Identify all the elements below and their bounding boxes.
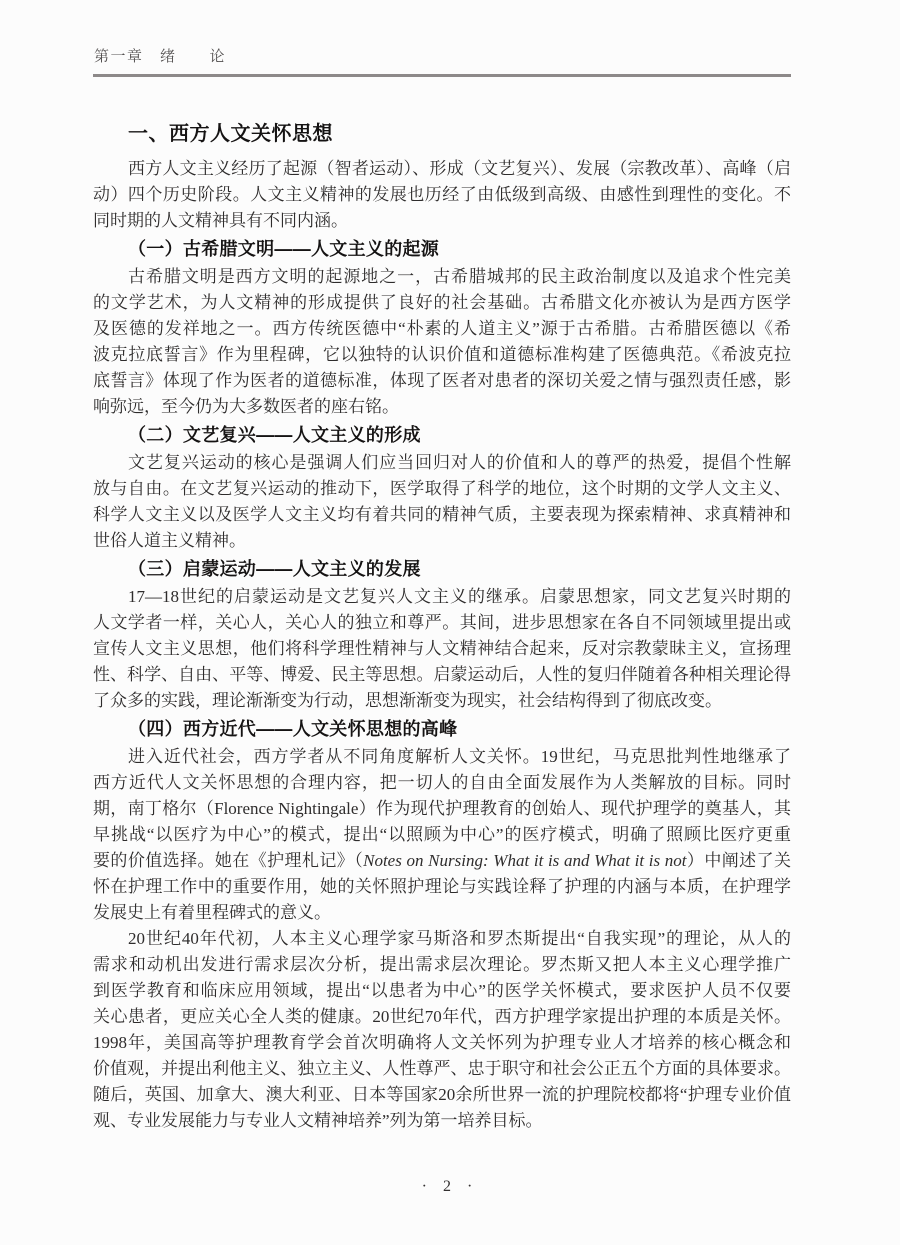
header-rule: [93, 74, 791, 77]
page-title: 一、西方人文关怀思想: [93, 119, 791, 149]
paragraph-line: 发展史上有着里程碑式的意义。: [93, 900, 791, 926]
paragraph-line: 的文学艺术，为人文精神的形成提供了良好的社会基础。古希腊文化亦被认为是西方医学: [93, 290, 791, 316]
paragraph-line: 了众多的实践，理论渐渐变为行动，思想渐渐变为现实，社会结构得到了彻底改变。: [93, 688, 791, 714]
page-number: · 2 ·: [422, 1178, 479, 1195]
paragraph-line: 进入近代社会，西方学者从不同角度解析人文关怀。19世纪，马克思批判性地继承了: [93, 744, 791, 770]
paragraph: 文艺复兴运动的核心是强调人们应当回归对人的价值和人的尊严的热爱，提倡个性解放与自…: [93, 450, 791, 554]
paragraph: 西方人文主义经历了起源（智者运动）、形成（文艺复兴）、发展（宗教改革）、高峰（启…: [93, 156, 791, 234]
book-page: 第一章 绪 论 一、西方人文关怀思想 西方人文主义经历了起源（智者运动）、形成（…: [0, 0, 900, 1245]
paragraph-line: 17—18世纪的启蒙运动是文艺复兴人文主义的继承。启蒙思想家，同文艺复兴时期的: [93, 584, 791, 610]
paragraph-line: 底誓言》体现了作为医者的道德标准，体现了医者对患者的深切关爱之情与强烈责任感，影: [93, 368, 791, 394]
paragraph-line: 早挑战“以医疗为中心”的模式，提出“以照顾为中心”的医疗模式，明确了照顾比医疗更…: [93, 822, 791, 848]
content-area: 一、西方人文关怀思想 西方人文主义经历了起源（智者运动）、形成（文艺复兴）、发展…: [93, 119, 791, 1134]
paragraph: 20世纪40年代初，人本主义心理学家马斯洛和罗杰斯提出“自我实现”的理论，从人的…: [93, 926, 791, 1134]
paragraph-line: 世俗人道主义精神。: [93, 528, 791, 554]
paragraph-line: 要的价值选择。她在《护理札记》（Notes on Nursing: What i…: [93, 848, 791, 874]
section-heading: （二）文艺复兴——人文主义的形成: [93, 420, 791, 450]
paragraph-line: 同时期的人文精神具有不同内涵。: [93, 208, 791, 234]
paragraph-line: 古希腊文明是西方文明的起源地之一，古希腊城邦的民主政治制度以及追求个性完美: [93, 264, 791, 290]
paragraph: 进入近代社会，西方学者从不同角度解析人文关怀。19世纪，马克思批判性地继承了西方…: [93, 744, 791, 926]
section-heading: （三）启蒙运动——人文主义的发展: [93, 554, 791, 584]
content-blocks: 西方人文主义经历了起源（智者运动）、形成（文艺复兴）、发展（宗教改革）、高峰（启…: [93, 156, 791, 1134]
paragraph-line: 随后，英国、加拿大、澳大利亚、日本等国家20余所世界一流的护理院校都将“护理专业…: [93, 1082, 791, 1108]
paragraph: 17—18世纪的启蒙运动是文艺复兴人文主义的继承。启蒙思想家，同文艺复兴时期的人…: [93, 584, 791, 714]
paragraph-line: 怀在护理工作中的重要作用，她的关怀照护理论与实践诠释了护理的内涵与本质，在护理学: [93, 874, 791, 900]
book-title-english: Notes on Nursing: What it is and What it…: [363, 851, 686, 870]
paragraph-line: 20世纪40年代初，人本主义心理学家马斯洛和罗杰斯提出“自我实现”的理论，从人的: [93, 926, 791, 952]
paragraph: 古希腊文明是西方文明的起源地之一，古希腊城邦的民主政治制度以及追求个性完美的文学…: [93, 264, 791, 420]
paragraph-line: 性、科学、自由、平等、博爱、民主等思想。启蒙运动后，人性的复归伴随着各种相关理论…: [93, 662, 791, 688]
paragraph-line: 科学人文主义以及医学人文主义均有着共同的精神气质，主要表现为探索精神、求真精神和: [93, 502, 791, 528]
paragraph-line: 宣传人文主义思想，他们将科学理性精神与人文精神结合起来，反对宗教蒙昧主义，宣扬理: [93, 636, 791, 662]
paragraph-line: 文艺复兴运动的核心是强调人们应当回归对人的价值和人的尊严的热爱，提倡个性解: [93, 450, 791, 476]
paragraph-line: 响弥远，至今仍为大多数医者的座右铭。: [93, 394, 791, 420]
paragraph-line: 动）四个历史阶段。人文主义精神的发展也历经了由低级到高级、由感性到理性的变化。不: [93, 182, 791, 208]
section-heading: （一）古希腊文明——人文主义的起源: [93, 234, 791, 264]
paragraph-line: 西方人文主义经历了起源（智者运动）、形成（文艺复兴）、发展（宗教改革）、高峰（启…: [93, 156, 791, 182]
paragraph-line: 1998年，美国高等护理教育学会首次明确将人文关怀列为护理专业人才培养的核心概念…: [93, 1030, 791, 1056]
paragraph-line: 人文学者一样，关心人，关心人的独立和尊严。其间，进步思想家在各自不同领域里提出或: [93, 610, 791, 636]
paragraph-line: 关心患者，更应关心全人类的健康。20世纪70年代，西方护理学家提出护理的本质是关…: [93, 1004, 791, 1030]
paragraph-line: 波克拉底誓言》作为里程碑，它以独特的认识价值和道德标准构建了医德典范。《希波克拉: [93, 342, 791, 368]
paragraph-line: 价值观，并提出利他主义、独立主义、人性尊严、忠于职守和社会公正五个方面的具体要求…: [93, 1056, 791, 1082]
paragraph-line: 到医学教育和临床应用领域，提出“以患者为中心”的医学关怀模式，要求医护人员不仅要: [93, 978, 791, 1004]
page-footer: · 2 ·: [0, 1178, 900, 1196]
running-header: 第一章 绪 论: [94, 45, 226, 66]
section-heading: （四）西方近代——人文关怀思想的高峰: [93, 714, 791, 744]
paragraph-line: 期，南丁格尔（Florence Nightingale）作为现代护理教育的创始人…: [93, 796, 791, 822]
paragraph-line: 观、专业发展能力与专业人文精神培养”列为第一培养目标。: [93, 1108, 791, 1134]
paragraph-line: 放与自由。在文艺复兴运动的推动下，医学取得了科学的地位，这个时期的文学人文主义、: [93, 476, 791, 502]
paragraph-line: 及医德的发祥地之一。西方传统医德中“朴素的人道主义”源于古希腊。古希腊医德以《希: [93, 316, 791, 342]
paragraph-line: 需求和动机出发进行需求层次分析，提出需求层次理论。罗杰斯又把人本主义心理学推广: [93, 952, 791, 978]
paragraph-line: 西方近代人文关怀思想的合理内容，把一切人的自由全面发展作为人类解放的目标。同时: [93, 770, 791, 796]
